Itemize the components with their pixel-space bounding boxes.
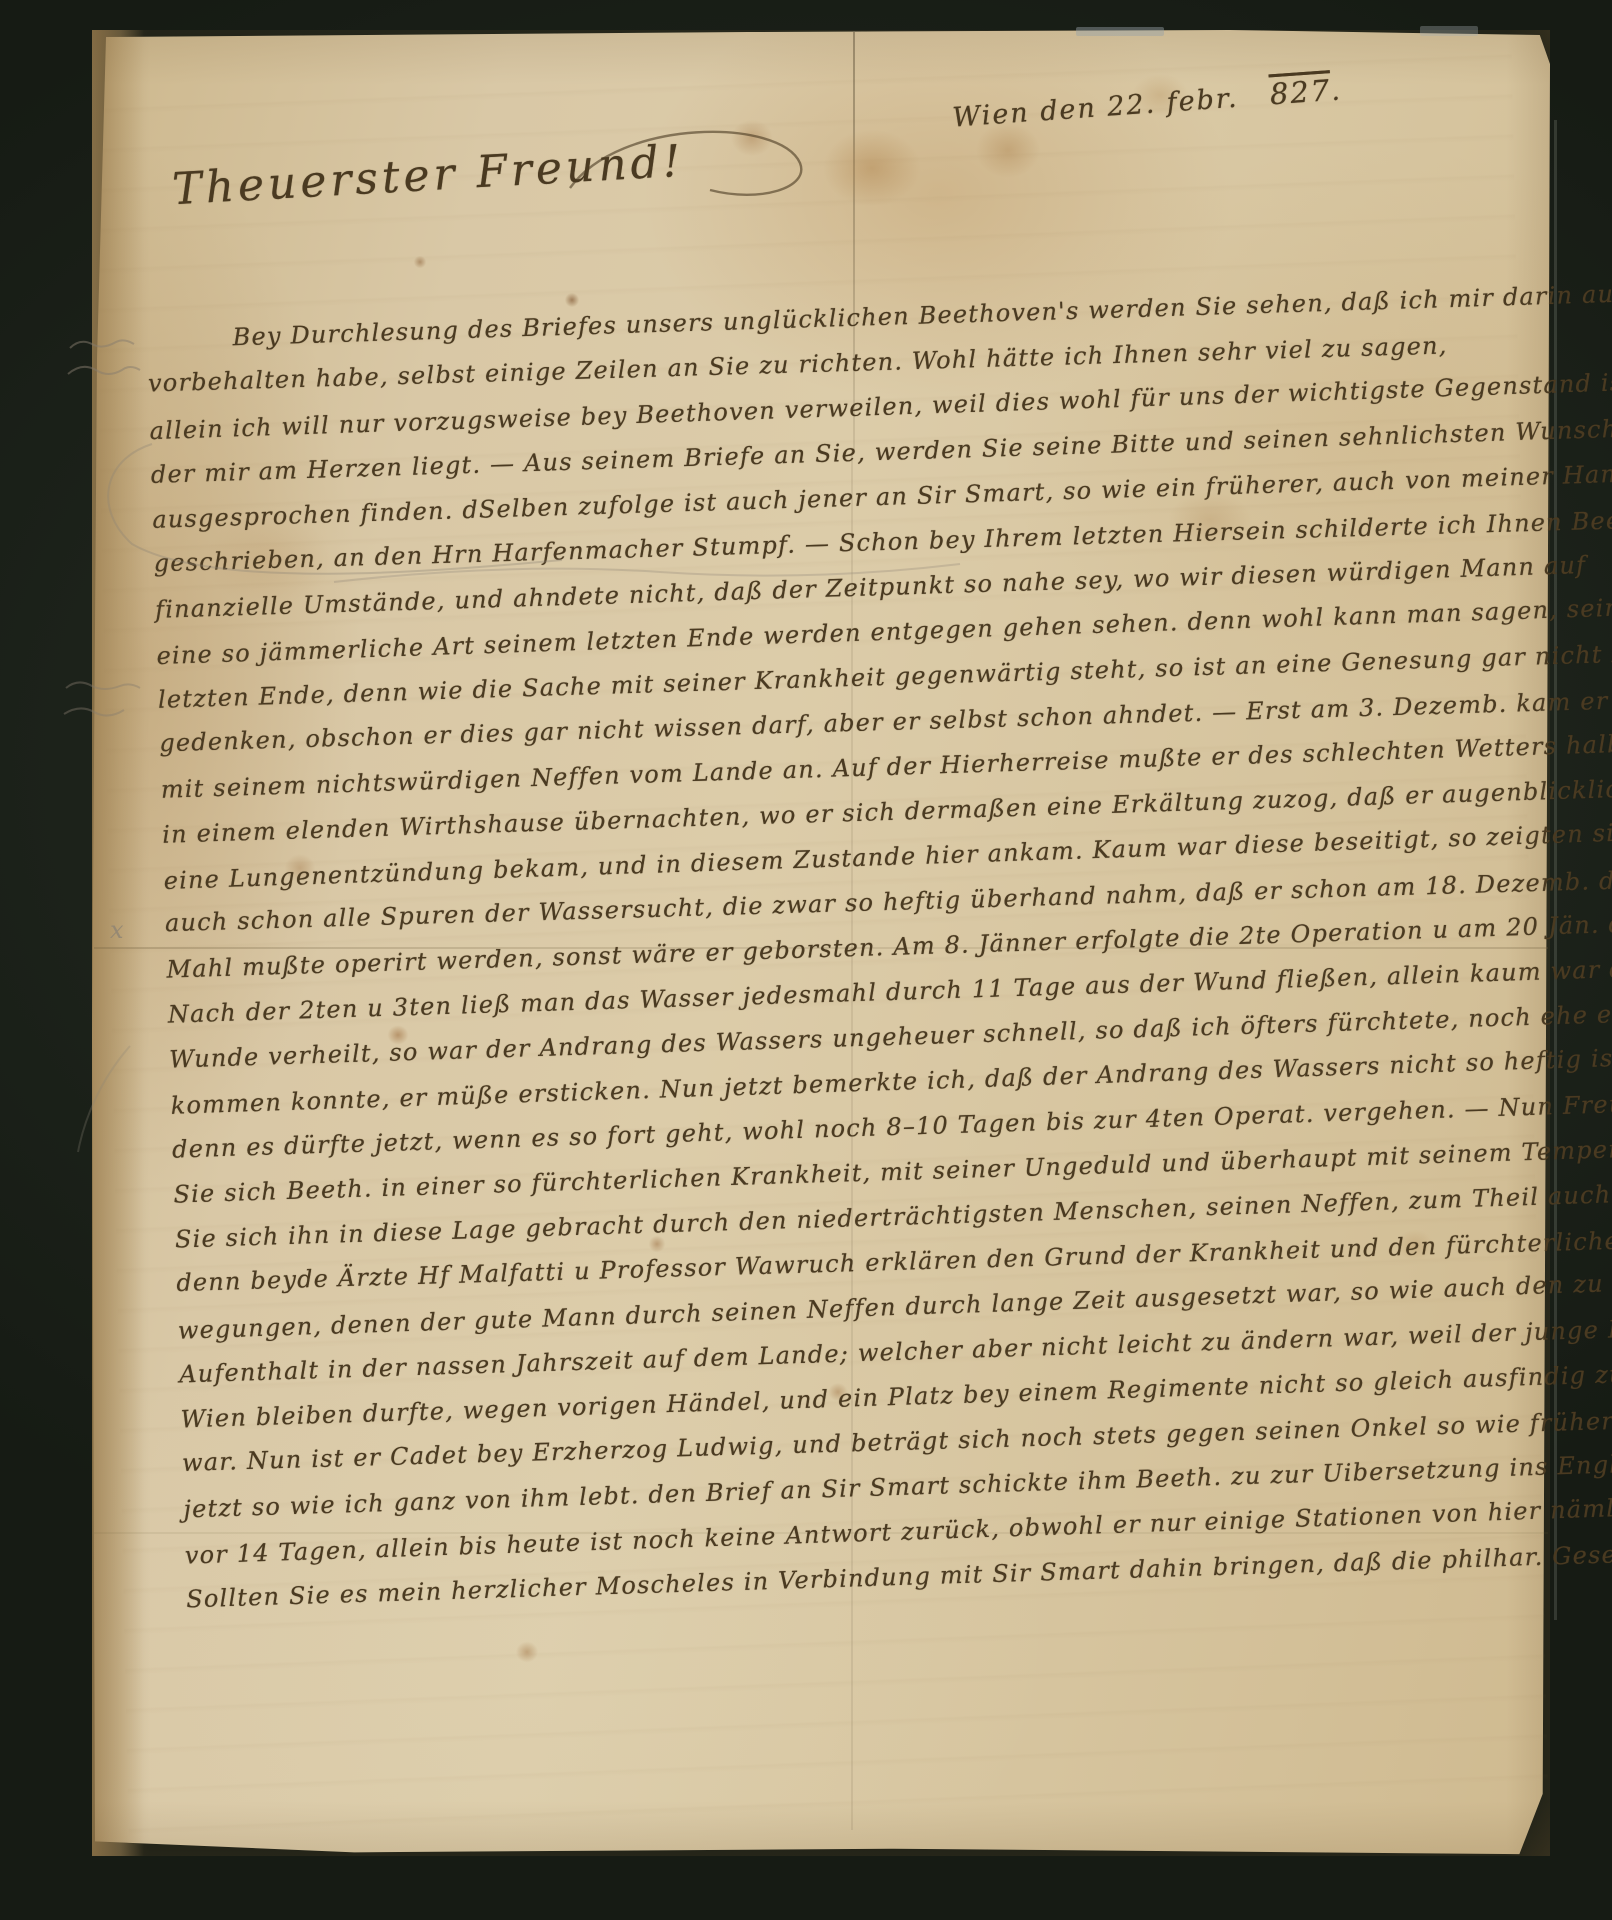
dateline-year: 827: [1269, 73, 1333, 111]
pencil-underline: [330, 560, 970, 590]
scanned-letter-page: Wien den 22. febr. 827. Theuerster Freun…: [0, 0, 1612, 1920]
pencil-annotation: [66, 330, 146, 390]
dateline-period: .: [1330, 75, 1343, 107]
backing-paper-edge-top: [1076, 27, 1164, 36]
pencil-bracket: [92, 440, 592, 580]
pencil-annotation: [70, 1040, 140, 1160]
backing-paper-edge-top-right: [1420, 26, 1478, 36]
pencil-annotation: [60, 672, 150, 732]
pencil-x-mark: x: [110, 916, 124, 944]
